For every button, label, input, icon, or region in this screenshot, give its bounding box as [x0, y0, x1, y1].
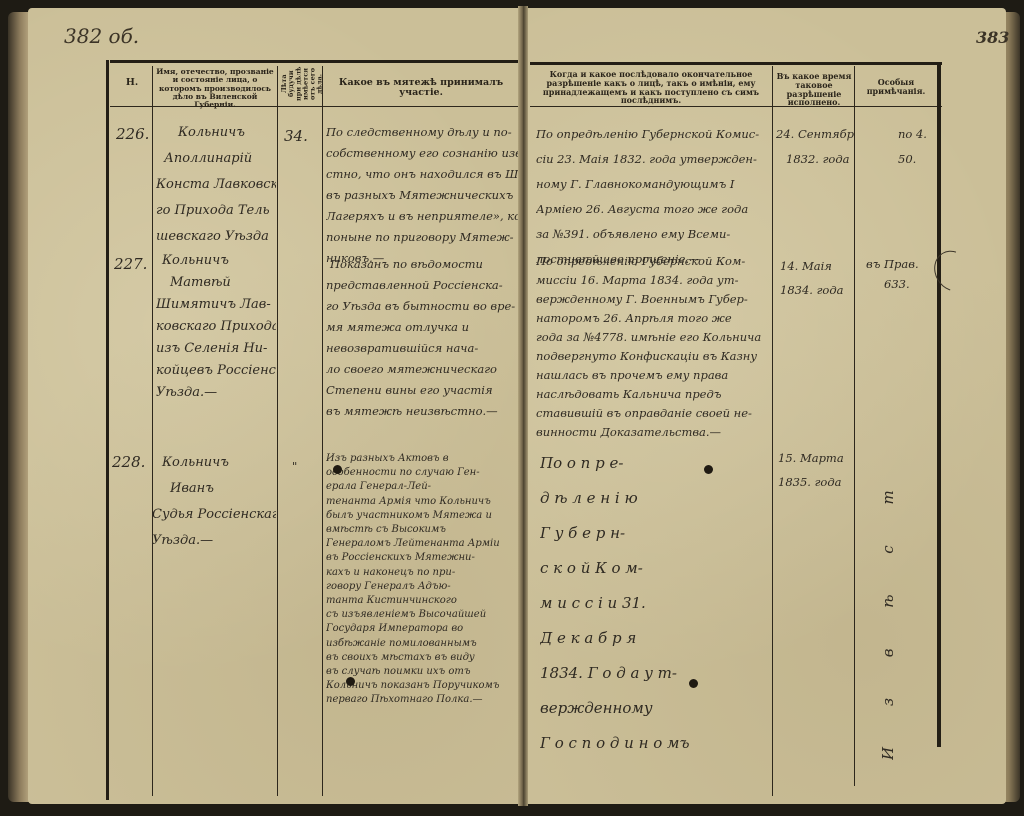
header-resolution: Когда и какое послѣдовало окончательное …	[532, 70, 770, 105]
row-executed: 24. Сентября 1832. года	[776, 122, 854, 172]
row-notes-vertical: И з в ѣ с т н о	[878, 460, 899, 760]
col-divider-number	[152, 66, 153, 796]
book-gutter	[518, 6, 528, 806]
row-name: Кольничъ Аполлинарій Конста Лавковска го…	[156, 120, 276, 250]
ink-blot	[333, 465, 342, 474]
folio-number-right: 383	[976, 28, 1009, 47]
col-divider-executed	[854, 66, 855, 786]
row-notes: по 4. 50.	[898, 122, 938, 172]
header-executed: Въ какое время таковое разрѣшеніе исполн…	[776, 72, 852, 107]
row-participation: Изъ разныхъ Актовъ в особенности по случ…	[326, 452, 518, 708]
col-divider-age	[322, 66, 323, 796]
row-resolution: По опредѣленію Губернской Комис- сіи 23.…	[536, 122, 772, 272]
row-resolution: По о п р е- д ѣ л е н і ю Г у б е р н- с…	[540, 446, 774, 761]
book-spread: 382 об. 383 Н. Имя, отечество, прозваніе…	[0, 0, 1024, 816]
header-number: Н.	[112, 78, 152, 88]
header-bottom-rule-right	[530, 106, 942, 107]
table-top-rule-left	[110, 60, 518, 63]
row-resolution: По опредѣленію Губернской Ком- миссіи 16…	[536, 252, 772, 442]
row-number: 228.	[112, 452, 145, 473]
row-participation: Показанъ по вѣдомости представленной Рос…	[326, 254, 518, 422]
header-name: Имя, отечество, прозваніе и состояніе ли…	[155, 68, 275, 109]
row-participation: По следственному дѣлу и по- собственному…	[326, 122, 518, 269]
row-age: 34.	[284, 126, 308, 147]
col-divider-name	[277, 66, 278, 796]
row-executed: 14. Маія 1834. года	[780, 254, 854, 302]
header-notes: Особыя примѣчанія.	[857, 78, 935, 96]
header-age: Лѣта будучи при дѣлѣ имѣется отъ сего дѣ…	[281, 64, 319, 104]
table-top-rule-right	[530, 62, 942, 65]
left-border-rule	[106, 60, 109, 800]
ink-blot	[346, 677, 355, 686]
row-name: Кольничъ Матвѣй Шимятичъ Лав- ковскаго П…	[156, 250, 276, 404]
ink-blot	[704, 465, 713, 474]
ink-blot	[689, 679, 698, 688]
row-notes: въ Прав. 633.	[866, 254, 938, 294]
folio-number-left: 382 об.	[64, 24, 139, 48]
row-number: 226.	[116, 124, 149, 145]
row-executed: 15. Марта 1835. года	[778, 446, 854, 494]
row-number: 227.	[114, 254, 147, 275]
row-name: Кольничъ Иванъ Судья Россіенскаго Уѣзда.…	[152, 450, 276, 554]
row-age: "	[292, 456, 297, 477]
header-participation: Какое въ мятежѣ принималъ участіе.	[326, 78, 516, 99]
